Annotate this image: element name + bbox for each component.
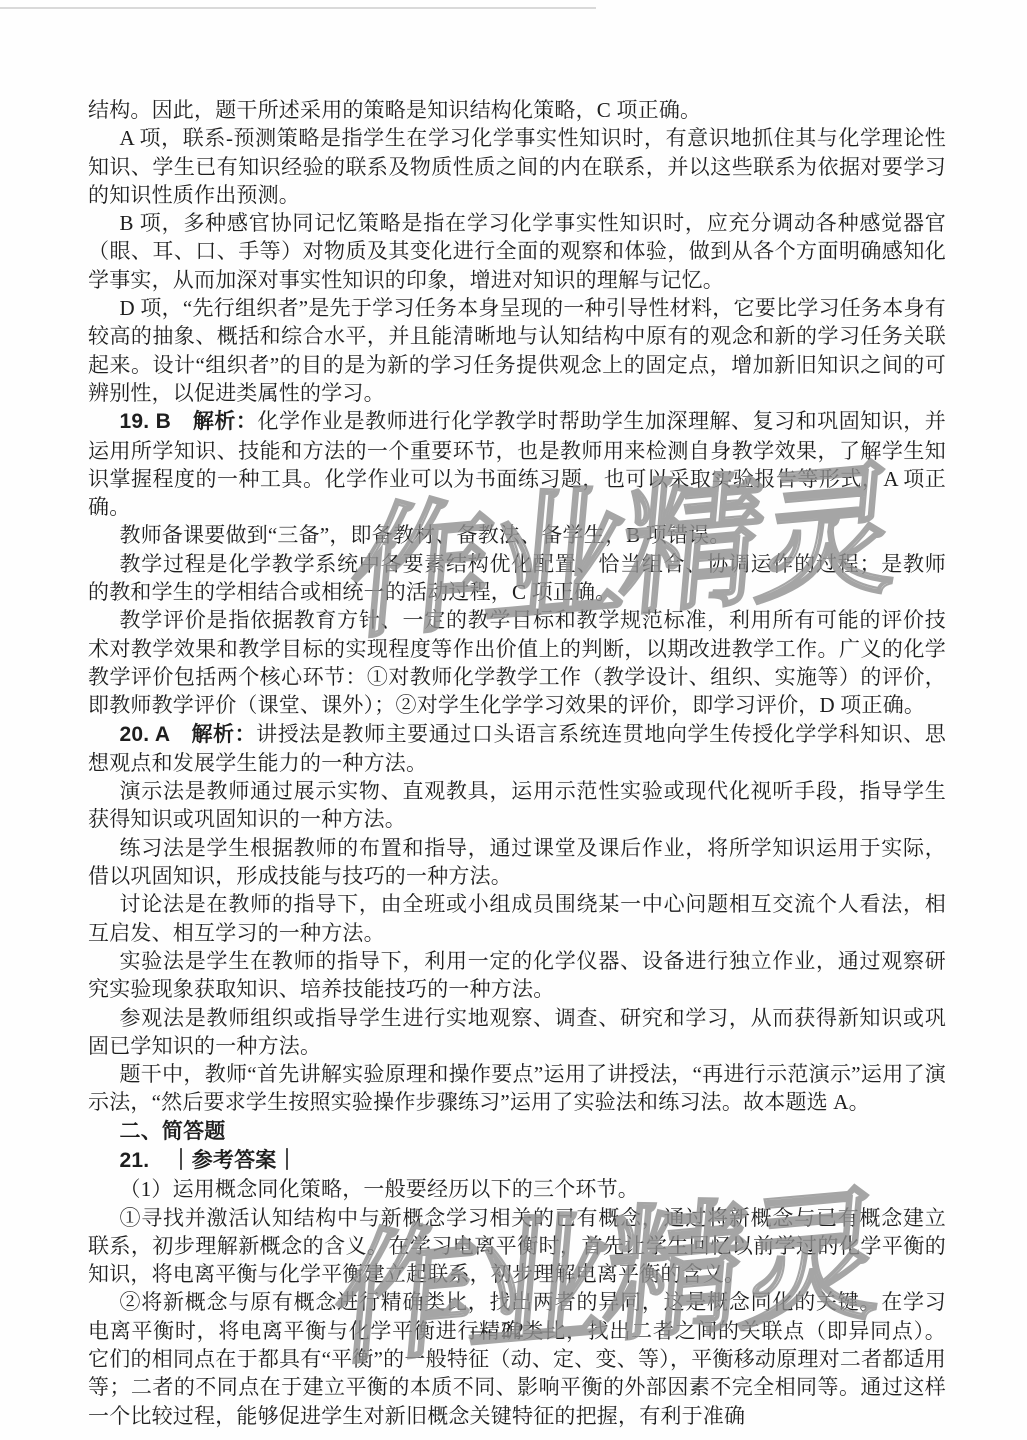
paragraph-run-bold: 20. A 解析： bbox=[120, 723, 257, 746]
paragraph: 讨论法是在教师的指导下，由全班或小组成员围绕某一中心问题相互交流个人看法，相互启… bbox=[88, 890, 946, 947]
paragraph-run: 教学评价是指依据教育方针、一定的教学目标和教学规范标准，利用所有可能的评价技术对… bbox=[88, 608, 946, 717]
paragraph: 实验法是学生在教师的指导下，利用一定的化学仪器、设备进行独立作业，通过观察研究实… bbox=[88, 947, 946, 1004]
paragraph-run: 讨论法是在教师的指导下，由全班或小组成员围绕某一中心问题相互交流个人看法，相互启… bbox=[88, 892, 946, 944]
paragraph: （1）运用概念同化策略，一般要经历以下的三个环节。 bbox=[88, 1175, 946, 1203]
paragraph-run: 参观法是教师组织或指导学生进行实地观察、调查、研究和学习，从而获得新知识或巩固已… bbox=[88, 1006, 946, 1058]
paragraph: 演示法是教师通过展示实物、直观教具，运用示范性实验或现代化视听手段，指导学生获得… bbox=[88, 777, 946, 834]
paragraph: 19. B 解析：化学作业是教师进行化学教学时帮助学生加深理解、复习和巩固知识，… bbox=[88, 407, 946, 521]
paragraph: 21. ｜参考答案｜ bbox=[88, 1146, 946, 1175]
paragraph-run: B 项，多种感官协同记忆策略是指在学习化学事实性知识时，应充分调动各种感觉器官（… bbox=[88, 211, 946, 292]
paragraph-run: 教学过程是化学教学系统中各要素结构优化配置、恰当组合、协调运作的过程；是教师的教… bbox=[88, 552, 946, 604]
paragraph-run: 实验法是学生在教师的指导下，利用一定的化学仪器、设备进行独立作业，通过观察研究实… bbox=[88, 949, 946, 1001]
paragraph-run: A 项，联系-预测策略是指学生在学习化学事实性知识时，有意识地抓住其与化学理论性… bbox=[88, 126, 946, 207]
paragraph: 教师备课要做到“三备”，即备教材、备教法、备学生，B 项错误。 bbox=[88, 521, 946, 549]
paragraph: D 项，“先行组织者”是先于学习任务本身呈现的一种引导性材料，它要比学习任务本身… bbox=[88, 294, 946, 407]
paragraph-run-bold: 19. B 解析： bbox=[120, 410, 258, 433]
paragraph: A 项，联系-预测策略是指学生在学习化学事实性知识时，有意识地抓住其与化学理论性… bbox=[88, 124, 946, 209]
paragraph: 教学过程是化学教学系统中各要素结构优化配置、恰当组合、协调运作的过程；是教师的教… bbox=[88, 550, 946, 607]
paragraph-run-bold: 21. ｜参考答案｜ bbox=[120, 1149, 298, 1172]
paragraph-run: 结构。因此，题干所述采用的策略是知识结构化策略，C 项正确。 bbox=[88, 98, 701, 122]
paragraph: 教学评价是指依据教育方针、一定的教学目标和教学规范标准，利用所有可能的评价技术对… bbox=[88, 606, 946, 719]
paragraph-run: 演示法是教师通过展示实物、直观教具，运用示范性实验或现代化视听手段，指导学生获得… bbox=[88, 779, 946, 831]
paragraph-run: ①寻找并激活认知结构中与新概念学习相关的已有概念，通过将新概念与已有概念建立联系… bbox=[88, 1206, 946, 1287]
scanned-document-page: 作业精灵 作业精灵 结构。因此，题干所述采用的策略是知识结构化策略，C 项正确。… bbox=[0, 0, 1027, 1440]
scan-edge-artifact bbox=[0, 7, 596, 9]
paragraph-run: 题干中，教师“首先讲解实验原理和操作要点”运用了讲授法，“再进行示范演示”运用了… bbox=[88, 1062, 946, 1114]
paragraph: 20. A 解析：讲授法是教师主要通过口头语言系统连贯地向学生传授化学学科知识、… bbox=[88, 720, 946, 778]
paragraph: 练习法是学生根据教师的布置和指导，通过课堂及课后作业，将所学知识运用于实际，借以… bbox=[88, 834, 946, 891]
paragraph: 题干中，教师“首先讲解实验原理和操作要点”运用了讲授法，“再进行示范演示”运用了… bbox=[88, 1060, 946, 1117]
text-block: 结构。因此，题干所述采用的策略是知识结构化策略，C 项正确。A 项，联系-预测策… bbox=[88, 96, 946, 1430]
paragraph-run: （1）运用概念同化策略，一般要经历以下的三个环节。 bbox=[120, 1177, 640, 1201]
paragraph: ①寻找并激活认知结构中与新概念学习相关的已有概念，通过将新概念与已有概念建立联系… bbox=[88, 1204, 946, 1289]
page-number: — 22 — bbox=[0, 1318, 1027, 1343]
paragraph-run: D 项，“先行组织者”是先于学习任务本身呈现的一种引导性材料，它要比学习任务本身… bbox=[88, 296, 946, 405]
paragraph-run: 练习法是学生根据教师的布置和指导，通过课堂及课后作业，将所学知识运用于实际，借以… bbox=[88, 836, 946, 888]
paragraph-run: ②将新概念与原有概念进行精确类比，找出两者的异同，这是概念同化的关键。在学习电离… bbox=[88, 1290, 946, 1427]
paragraph: B 项，多种感官协同记忆策略是指在学习化学事实性知识时，应充分调动各种感觉器官（… bbox=[88, 209, 946, 294]
paragraph-run: 教师备课要做到“三备”，即备教材、备教法、备学生，B 项错误。 bbox=[120, 523, 731, 547]
paragraph: 参观法是教师组织或指导学生进行实地观察、调查、研究和学习，从而获得新知识或巩固已… bbox=[88, 1004, 946, 1061]
paragraph: 结构。因此，题干所述采用的策略是知识结构化策略，C 项正确。 bbox=[88, 96, 946, 124]
paragraph-run-bold: 二、简答题 bbox=[120, 1120, 226, 1143]
paragraph: ②将新概念与原有概念进行精确类比，找出两者的异同，这是概念同化的关键。在学习电离… bbox=[88, 1288, 946, 1429]
section-heading: 二、简答题 bbox=[88, 1117, 946, 1146]
